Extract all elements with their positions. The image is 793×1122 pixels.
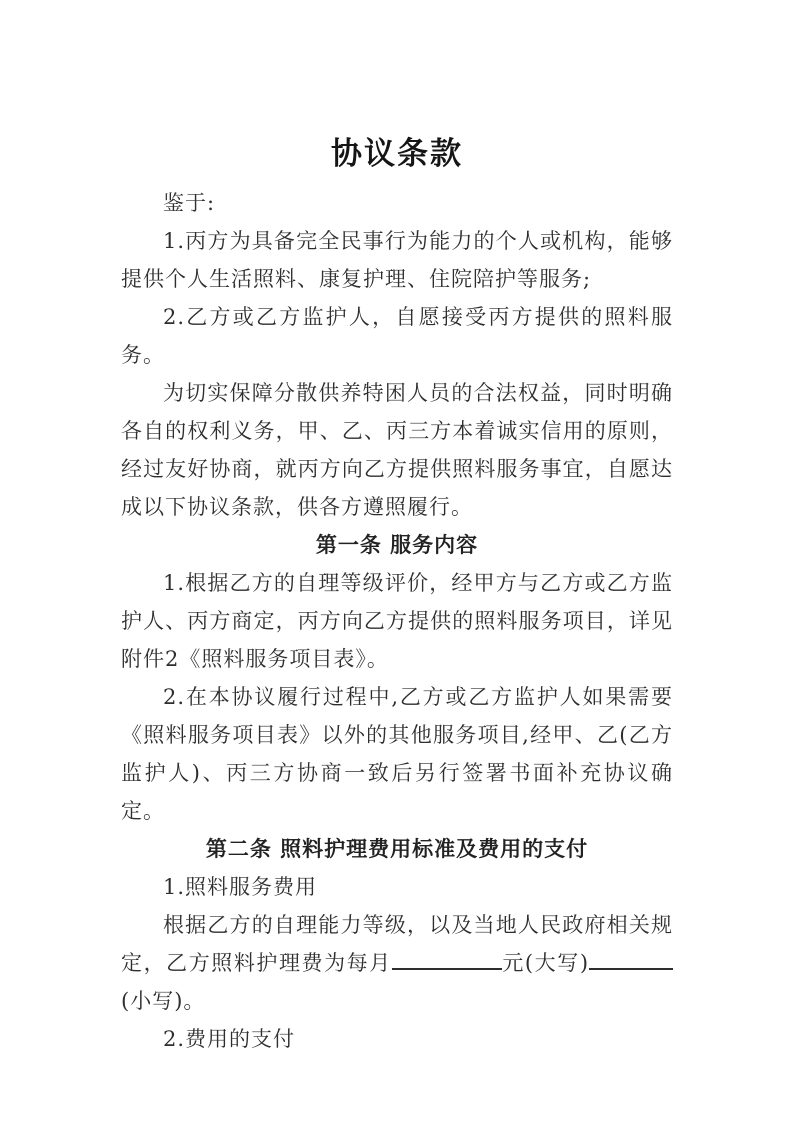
fee-text-after-blanks: (小写)。: [121, 989, 205, 1013]
fee-amount-capital-blank: [392, 966, 502, 970]
article1-heading: 第一条 服务内容: [121, 526, 673, 564]
document-page: 协议条款 鉴于: 1.丙方为具备完全民事行为能力的个人或机构，能够提供个人生活照…: [0, 0, 793, 1122]
preamble-item-1: 1.丙方为具备完全民事行为能力的个人或机构，能够提供个人生活照料、康复护理、住院…: [121, 222, 673, 298]
article2-clause2-title: 2.费用的支付: [121, 1020, 673, 1058]
preamble-item-2: 2.乙方或乙方监护人，自愿接受丙方提供的照料服务。: [121, 298, 673, 374]
preamble-purpose: 为切实保障分散供养特困人员的合法权益，同时明确各自的权利义务，甲、乙、丙三方本着…: [121, 374, 673, 526]
whereas-label: 鉴于:: [121, 184, 673, 222]
article1-clause-2: 2.在本协议履行过程中,乙方或乙方监护人如果需要《照料服务项目表》以外的其他服务…: [121, 678, 673, 830]
fee-text-between-blanks: 元(大写): [502, 951, 589, 975]
article1-clause-1: 1.根据乙方的自理等级评价，经甲方与乙方或乙方监护人、丙方商定，丙方向乙方提供的…: [121, 564, 673, 678]
article2-clause1-title: 1.照料服务费用: [121, 868, 673, 906]
article2-heading: 第二条 照料护理费用标准及费用的支付: [121, 830, 673, 868]
fee-amount-small-blank: [589, 966, 673, 970]
fee-sentence: 根据乙方的自理能力等级，以及当地人民政府相关规定，乙方照料护理费为每月元(大写)…: [121, 906, 673, 1020]
document-title: 协议条款: [121, 136, 673, 172]
